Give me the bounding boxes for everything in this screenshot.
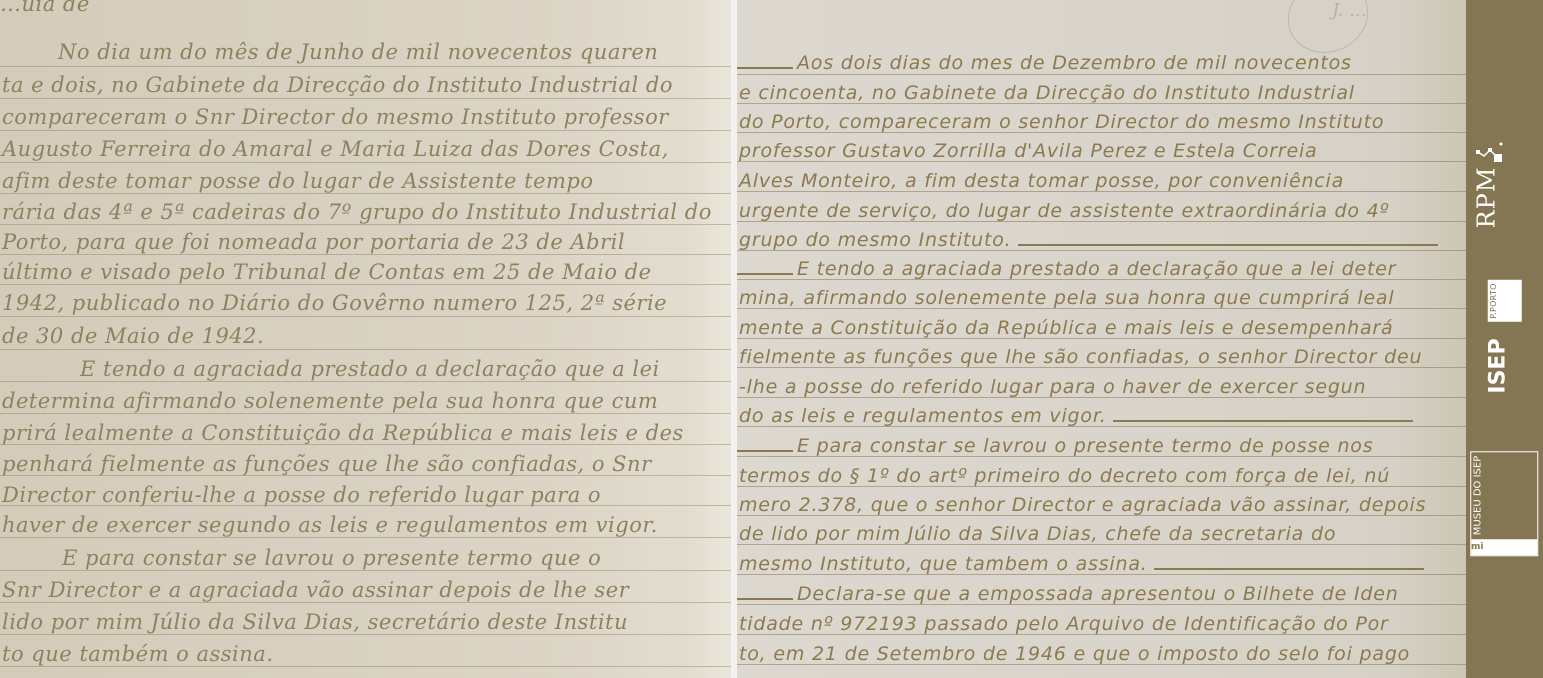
manuscript-line: to que também o assina.: [2, 644, 274, 665]
manuscript-line: …uia de: [0, 0, 90, 15]
museu-do-isep-logo[interactable]: mi MUSEU DO ISEP: [1466, 420, 1543, 538]
manuscript-line: Director conferiu-lhe a posse do referid…: [2, 485, 601, 506]
manuscript-line: E para constar se lavrou o presente term…: [62, 548, 601, 569]
ruled-line: [0, 193, 731, 194]
p-porto-label: P.PORTO: [1487, 280, 1521, 322]
manuscript-line: urgente de serviço, do lugar de assisten…: [739, 202, 1389, 221]
ruled-line: [0, 381, 731, 382]
manuscript-line: E tendo a agraciada prestado a declaraçã…: [80, 359, 660, 380]
right-manuscript-page: J. ... Aos dois dias do mes de Dezembro …: [737, 0, 1466, 678]
manuscript-line: do Porto, compareceram o senhor Director…: [739, 113, 1384, 132]
manuscript-line-with-dash: Aos dois dias do mes de Dezembro de mil …: [737, 54, 1352, 73]
manuscript-line-with-trail: do as leis e regulamentos em vigor.: [739, 407, 1413, 426]
ruled-line: [0, 254, 731, 255]
ruled-line: [0, 570, 731, 571]
manuscript-line: tidade nº 972193 passado pelo Arquivo de…: [739, 615, 1389, 634]
museum-mi-icon: mi: [1471, 542, 1483, 552]
brand-sidebar: RPM P.PORTO ISEP mi MUSEU DO ISEP: [1466, 0, 1543, 678]
manuscript-line: prirá lealmente a Constituição da Repúbl…: [2, 423, 684, 444]
ruled-line: [0, 130, 731, 131]
rpm-logo[interactable]: RPM: [1466, 135, 1543, 230]
manuscript-line: mente a Constituição da República e mais…: [739, 319, 1393, 338]
manuscript-line: -lhe a posse do referido lugar para o ha…: [739, 378, 1366, 397]
manuscript-line: compareceram o Snr Director do mesmo Ins…: [2, 107, 669, 128]
manuscript-line-with-trail: mesmo Instituto, que tambem o assina.: [739, 555, 1424, 574]
manuscript-line-with-dash: E tendo a agraciada prestado a declaraçã…: [737, 260, 1396, 279]
manuscript-line: mero 2.378, que o senhor Director e agra…: [739, 496, 1426, 515]
manuscript-line: penhará fielmente as funções que lhe são…: [2, 454, 652, 475]
museu-do-isep-label: mi MUSEU DO ISEP: [1471, 452, 1539, 557]
ruled-line: [0, 284, 731, 285]
manuscript-line: ta e dois, no Gabinete da Direcção do In…: [2, 75, 673, 96]
manuscript-line: professor Gustavo Zorrilla d'Avila Perez…: [739, 142, 1317, 161]
manuscript-line: último e visado pelo Tribunal de Contas …: [2, 262, 652, 283]
ruled-line: [0, 162, 731, 163]
ruled-line: [0, 66, 731, 67]
manuscript-line: No dia um do mês de Junho de mil novecen…: [58, 42, 658, 63]
ruled-line: [737, 74, 1466, 75]
manuscript-line: Alves Monteiro, a fim desta tomar posse,…: [739, 172, 1344, 191]
manuscript-line: afim deste tomar posse do lugar de Assis…: [2, 171, 594, 192]
left-manuscript-page: …uia de No dia um do mês de Junho de mil…: [0, 0, 731, 678]
ruled-line: [0, 537, 731, 538]
ruled-line: [0, 98, 731, 99]
manuscript-line-with-dash: Declara-se que a empossada apresentou o …: [737, 585, 1399, 604]
manuscript-line: fielmente as funções que lhe são confiad…: [739, 348, 1422, 367]
isep-logo[interactable]: ISEP: [1466, 335, 1543, 385]
manuscript-line: e cincoenta, no Gabinete da Direcção do …: [739, 84, 1355, 103]
manuscript-line: determina afirmando solenemente pela sua…: [2, 391, 658, 412]
isep-label: ISEP: [1486, 338, 1524, 393]
rpm-label: RPM: [1472, 167, 1537, 229]
ruled-line: [0, 413, 731, 414]
manuscript-line: de lido por mim Júlio da Silva Dias, che…: [739, 525, 1336, 544]
manuscript-line: lido por mim Júlio da Silva Dias, secret…: [2, 612, 628, 633]
marginal-signature: J. ...: [1237, 0, 1466, 60]
ruled-line: [0, 634, 731, 635]
manuscript-line-with-trail: grupo do mesmo Instituto.: [739, 231, 1438, 250]
manuscript-line: haver de exercer segundo as leis e regul…: [2, 515, 658, 536]
ruled-line: [0, 316, 731, 317]
manuscript-line: Augusto Ferreira do Amaral e Maria Luiza…: [2, 139, 669, 160]
p-porto-logo[interactable]: P.PORTO: [1466, 262, 1543, 318]
ruled-line: [0, 349, 731, 350]
manuscript-line: mina, afirmando solenemente pela sua hon…: [739, 289, 1394, 308]
manuscript-line: de 30 de Maio de 1942.: [2, 326, 264, 347]
manuscript-line: termos do § 1º do artº primeiro do decre…: [739, 467, 1390, 486]
manuscript-line: Porto, para que foi nomeada por portaria…: [2, 232, 625, 253]
manuscript-line: 1942, publicado no Diário do Govêrno num…: [2, 293, 667, 314]
manuscript-line-with-dash: E para constar se lavrou o presente term…: [737, 437, 1373, 456]
manuscript-line: rária das 4ª e 5ª cadeiras do 7º grupo d…: [2, 202, 712, 223]
manuscript-line: to, em 21 de Setembro de 1946 e que o im…: [739, 645, 1410, 664]
manuscript-line: Snr Director e a agraciada vão assinar d…: [2, 580, 629, 601]
ruled-line: [0, 224, 731, 225]
ruled-line: [0, 666, 731, 667]
ruled-line: [0, 602, 731, 603]
